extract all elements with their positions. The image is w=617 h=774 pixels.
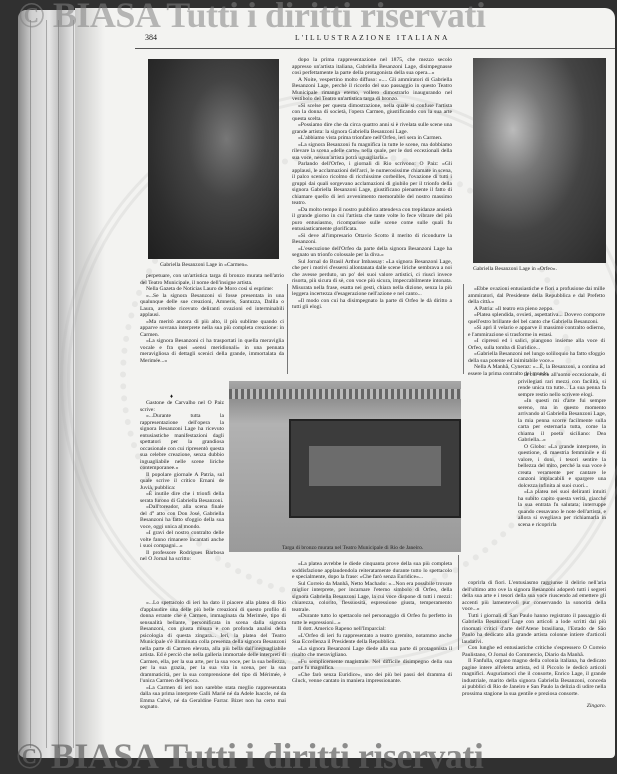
paragraph: Il popolare giornale A Patria, sul quale… [140,472,224,492]
column-right-bottom: coprirla di fiori. L'entusiasmo raggiuns… [462,580,606,710]
photo-orfeo [473,58,606,263]
paragraph: Parlando dell'Orfeo, i giornali di Rio s… [292,161,452,207]
column-center-bottom: «La platea avrebbe le diede cinquanta pr… [292,561,452,685]
paragraph: «L'esecuzione dell'Orfeo da parte della … [292,246,452,259]
paragraph: perpetuare, con un'artistica targa di br… [140,273,284,286]
column-divider [287,284,288,374]
paragraph: «Ma meritò ancora di più alto, il più su… [140,319,284,339]
page-edge-line [30,20,31,748]
paragraph: «La platea avrebbe le diede cinquanta pr… [292,561,452,581]
column-center-top: dopo la prima rappresentazione nel 1875,… [292,57,452,311]
plaque-cornice [229,389,461,399]
photo-plaque [229,381,461,552]
paragraph: O Globo: «La grande interprete, in quest… [518,444,606,490]
caption-plaque: Targa di bronzo murata nel Teatro Munici… [282,545,423,551]
paragraph: «Si deve all'impresario Ottavio Scotto i… [292,233,452,246]
paragraph: Sul Jornal do Brasil Arthur Imbassay: «L… [292,259,452,298]
paragraph: «I cipressi ed i salici, piangono insiem… [468,338,605,351]
author-signature: Zingaro. [462,703,606,710]
paragraph: «La signora Besanzoni ci ha trasportati … [140,338,284,364]
page-edge-line [46,20,47,748]
paragraph: Nella Gazeta de Noticias Lauro de Moro c… [140,286,284,293]
paragraph: «L'abbiamo vista prima trionfare nell'Or… [292,135,452,142]
paragraph: «Da molto tempo il nostro pubblico atten… [292,207,452,233]
copyright-watermark-bottom: © BIASA Tutti i diritti riservati [16,735,483,774]
caption-carmen: Gabriella Besanzoni Lage in «Carmen». [160,262,248,268]
paragraph: «Il modo con cui ha disimpegnato la part… [292,298,452,311]
paragraph: «Fu semplicemente magistrale. Nel diffic… [292,659,452,672]
paragraph: «Si scelse per questa dimostrazione, nel… [292,103,452,123]
paragraph: «Durante tutto lo spettacolo nel persona… [292,613,452,626]
page-edge-line [73,20,74,748]
column-right-top: «Ebbe ovazioni entusiastiche e fiori a p… [468,286,605,377]
plaque-frame [289,419,461,518]
photo-carmen [148,59,279,259]
paragraph: «Ebbe ovazioni entusiastiche e fiori a p… [468,286,605,306]
paragraph: «Dall'toreador, alla scena finale del 4°… [140,504,224,530]
paragraph: dopo la prima rappresentazione nel 1875,… [292,57,452,77]
paragraph: Sul Correio da Manhã, Netto Machado: «..… [292,581,452,614]
column-left-mid: perpetuare, con un'artistica targa di br… [140,273,284,364]
plaque-inscription [309,446,441,486]
paragraph: «È inutile dire che i trionfi della sera… [140,491,224,504]
paragraph: coprirla di fiori. L'entusiasmo raggiuns… [462,580,606,613]
paragraph: Il professore Rodrigues Barbosa nel O Jo… [140,550,224,563]
paragraph: A Noite, vespertino molto diffuso: «....… [292,77,452,103]
copyright-watermark-top: © BIASA Tutti i diritti riservati [18,0,485,36]
paragraph: «Che farò senza Euridice», uno dei più b… [292,672,452,685]
paragraph: Tutti i giornali di San Paulo hanno regi… [462,613,606,646]
paragraph: «La signora Besanzoni fu magnifica in tu… [292,142,452,162]
paragraph: Gastone de Carvalho nel O Paiz scrive: [140,400,224,413]
column-divider [463,284,464,374]
paragraph: Con lunghe ed entusiastiche critiche s'e… [462,645,606,658]
column-left-bottom: «...Lo spettacolo di ieri ha dato il pia… [140,600,286,711]
paragraph: «Platea splendida, ovsieti, aspettativa.… [468,312,605,325]
header-rule [135,48,615,49]
paragraph: «La platea nei suoi deliranti intuiti ha… [518,489,606,528]
paragraph: «La Carmen di ieri non sarebbe stata meg… [140,685,286,711]
paragraph: «Si aprì il velario e apparve il massimo… [468,325,605,338]
paragraph: «...Lo spettacolo di ieri ha dato il pia… [140,600,286,685]
column-left-narrow: Gastone de Carvalho nel O Paiz scrive: «… [140,400,224,563]
gutter-shadow [75,8,105,758]
paragraph: Il Fanfulla, organo magno della colonia … [462,658,606,697]
paragraph: «...Durante tutta la rappresentazione de… [140,413,224,472]
paragraph: «...Se la signora Besanzoni si fosse pre… [140,293,284,319]
caption-orfeo: Gabriella Besanzoni Lage in «Orfeo». [473,266,557,272]
column-divider [458,555,459,650]
column-right-narrow: la cui voce all'uomo eccezionale, di pri… [518,372,606,528]
paragraph: «In questi mi d'arte fui sempre sereno, … [518,398,606,444]
paragraph: la cui voce all'uomo eccezionale, di pri… [518,372,606,398]
paragraph: «La signora Besanzoni Lage diede alla su… [292,646,452,659]
paragraph: «I gravi del nostro contralto delle volt… [140,530,224,550]
paragraph: «Possiamo dire che da circa quattro anni… [292,122,452,135]
paragraph: «Gabriella Besanzoni nel lungo soliloqui… [468,351,605,364]
page-edge-line [58,20,59,748]
paragraph: «L'Orfeo di ieri fu rappresentato a teat… [292,633,452,646]
